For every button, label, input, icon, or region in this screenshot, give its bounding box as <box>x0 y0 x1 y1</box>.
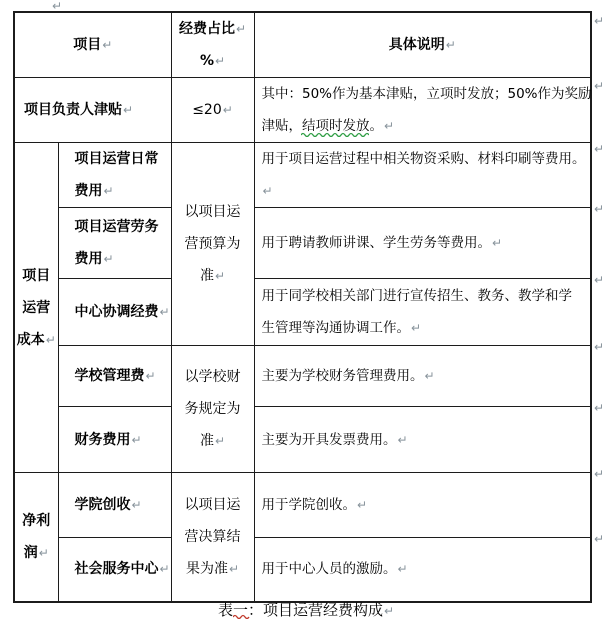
table-caption: 表一：项目运营经费构成↵ <box>0 599 612 620</box>
row-labor-expenses: 项目运营劳务 费用↵ 用于聘请教师讲课、学生劳务等费用。↵ <box>14 208 591 279</box>
row-school-management-fee: 学校管理费↵ 以学校财 务规定为 准↵ 主要为学校财务管理费用。↵ <box>14 346 591 407</box>
header-description-label: 具体说明 <box>389 37 445 53</box>
labor-expenses-label: 项目运营劳务 费用 <box>75 219 159 267</box>
cell-settlement-basis: 以项目运 营决算结 果为准↵ <box>171 473 254 602</box>
cell-school-management-name: 学校管理费↵ <box>58 346 171 407</box>
cell-daily-expenses-description: 用于项目运营过程中相关物资采购、材料印刷等费用。↵ <box>254 143 591 208</box>
row-end-mark: ↵ <box>594 274 604 286</box>
cell-category-operating-cost: 项目 运营 成本↵ <box>14 143 58 473</box>
daily-expenses-label: 项目运营日常 费用 <box>75 151 159 199</box>
daily-expenses-description: 用于项目运营过程中相关物资采购、材料印刷等费用。 <box>262 151 586 167</box>
paragraph-mark: ↵ <box>214 54 225 68</box>
row-center-coordination: 中心协调经费↵ 用于同学校相关部门进行宣传招生、教务、教学和学 生管理等沟通协调… <box>14 279 591 346</box>
cell-budget-basis: 以项目运 营预算为 准↵ <box>171 143 254 346</box>
cell-category-net-profit: 净利 润↵ <box>14 473 58 602</box>
paragraph-mark: ↵ <box>397 562 408 576</box>
row-end-mark: ↵ <box>594 533 604 545</box>
cell-college-revenue-description: 用于学院创收。↵ <box>254 473 591 538</box>
paragraph-mark: ↵ <box>38 546 49 560</box>
center-coordination-label: 中心协调经费 <box>75 304 159 320</box>
cell-finance-expenses-name: 财务费用↵ <box>58 407 171 473</box>
header-ratio-label: 经费占比 <box>179 21 235 37</box>
paragraph-mark: ↵ <box>222 103 233 117</box>
finance-expenses-label: 财务费用 <box>75 432 131 448</box>
table-header-row: 项目↵ 经费占比↵ %↵ 具体说明↵ <box>14 12 591 78</box>
cell-college-revenue-name: 学院创收↵ <box>58 473 171 538</box>
cell-labor-expenses-description: 用于聘请教师讲课、学生劳务等费用。↵ <box>254 208 591 279</box>
cell-school-finance-basis: 以学校财 务规定为 准↵ <box>171 346 254 473</box>
cell-school-management-description: 主要为学校财务管理费用。↵ <box>254 346 591 407</box>
leader-allowance-ratio-value: ≤20 <box>192 102 222 118</box>
paragraph-mark: ↵ <box>214 269 225 283</box>
row-daily-expenses: 项目 运营 成本↵ 项目运营日常 费用↵ 以项目运 营预算为 准↵ 用于项目运营… <box>14 143 591 208</box>
social-service-label: 社会服务中心 <box>75 561 159 577</box>
school-management-description: 主要为学校财务管理费用。 <box>262 368 424 384</box>
header-cell-description: 具体说明↵ <box>254 12 591 78</box>
paragraph-mark: ↵ <box>410 321 421 335</box>
header-project-label: 项目 <box>73 37 101 53</box>
paragraph-mark: ↵ <box>45 333 56 347</box>
college-revenue-label: 学院创收 <box>75 497 131 513</box>
cell-center-coordination-description: 用于同学校相关部门进行宣传招生、教务、教学和学 生管理等沟通协调工作。↵ <box>254 279 591 346</box>
paragraph-mark: ↵ <box>383 119 394 133</box>
paragraph-mark: ↵ <box>235 22 246 36</box>
cell-leader-allowance-label: 项目负责人津贴↵ <box>14 78 171 143</box>
row-college-revenue: 净利 润↵ 学院创收↵ 以项目运 营决算结 果为准↵ 用于学院创收。↵ <box>14 473 591 538</box>
cell-center-coordination-name: 中心协调经费↵ <box>58 279 171 346</box>
cell-social-service-name: 社会服务中心↵ <box>58 538 171 602</box>
table-caption-text: 表一：项目运营经费构成 <box>218 601 383 619</box>
header-ratio-line2: %↵ <box>172 45 254 77</box>
paragraph-mark: ↵ <box>159 562 170 576</box>
paragraph-mark: ↵ <box>262 184 273 198</box>
spellcheck-squiggle-green <box>301 132 369 137</box>
header-ratio-unit: % <box>200 53 214 69</box>
paragraph-mark: ↵ <box>103 252 114 266</box>
cell-social-service-description: 用于中心人员的激励。↵ <box>254 538 591 602</box>
row-end-mark: ↵ <box>594 143 604 155</box>
school-finance-basis-note: 以学校财 务规定为 准 <box>185 369 241 449</box>
paragraph-mark: ↵ <box>101 38 112 52</box>
row-end-mark: ↵ <box>594 468 604 480</box>
cell-labor-expenses-name: 项目运营劳务 费用↵ <box>58 208 171 279</box>
paragraph-mark: ↵ <box>131 498 142 512</box>
paragraph-mark: ↵ <box>383 604 394 618</box>
paragraph-mark: ↵ <box>103 184 114 198</box>
row-end-mark: ↵ <box>594 341 604 353</box>
social-service-description: 用于中心人员的激励。 <box>262 561 397 577</box>
paragraph-mark: ↵ <box>159 305 170 319</box>
row-end-mark: ↵ <box>594 80 604 92</box>
paragraph-mark: ↵ <box>445 38 456 52</box>
paragraph-mark: ↵ <box>145 369 156 383</box>
labor-expenses-description: 用于聘请教师讲课、学生劳务等费用。 <box>262 235 492 251</box>
paragraph-mark: ↵ <box>228 562 239 576</box>
paragraph-mark: ↵ <box>491 236 502 250</box>
paragraph-mark: ↵ <box>131 433 142 447</box>
row-end-mark: ↵ <box>594 15 604 27</box>
finance-expenses-description: 主要为开具发票费用。 <box>262 432 397 448</box>
row-finance-expenses: 财务费用↵ 主要为开具发票费用。↵ <box>14 407 591 473</box>
row-end-mark: ↵ <box>594 203 604 215</box>
cell-finance-expenses-description: 主要为开具发票费用。↵ <box>254 407 591 473</box>
paragraph-mark: ↵ <box>356 498 367 512</box>
header-ratio-line1: 经费占比↵ <box>172 13 254 45</box>
paragraph-mark: ↵ <box>122 103 133 117</box>
row-social-service-center: 社会服务中心↵ 用于中心人员的激励。↵ <box>14 538 591 602</box>
leader-allowance-label: 项目负责人津贴 <box>24 102 122 118</box>
college-revenue-description: 用于学院创收。 <box>262 497 357 513</box>
funding-composition-table: 项目↵ 经费占比↵ %↵ 具体说明↵ 项目负责人津贴↵ ≤20↵ 其中：50%作… <box>13 11 592 603</box>
row-end-mark: ↵ <box>594 402 604 414</box>
paragraph-mark: ↵ <box>397 433 408 447</box>
paragraph-mark: ↵ <box>214 434 225 448</box>
leader-allowance-description: 其中：50%作为基本津贴，立项时发放；50%作为奖励 津贴，结项时发放。 <box>262 86 592 134</box>
paragraph-mark: ↵ <box>424 369 435 383</box>
header-cell-project: 项目↵ <box>14 12 171 78</box>
cell-daily-expenses-name: 项目运营日常 费用↵ <box>58 143 171 208</box>
school-management-label: 学校管理费 <box>75 368 145 384</box>
budget-basis-note: 以项目运 营预算为 准 <box>185 204 241 284</box>
cell-leader-allowance-ratio: ≤20↵ <box>171 78 254 143</box>
header-cell-ratio: 经费占比↵ %↵ <box>171 12 254 78</box>
